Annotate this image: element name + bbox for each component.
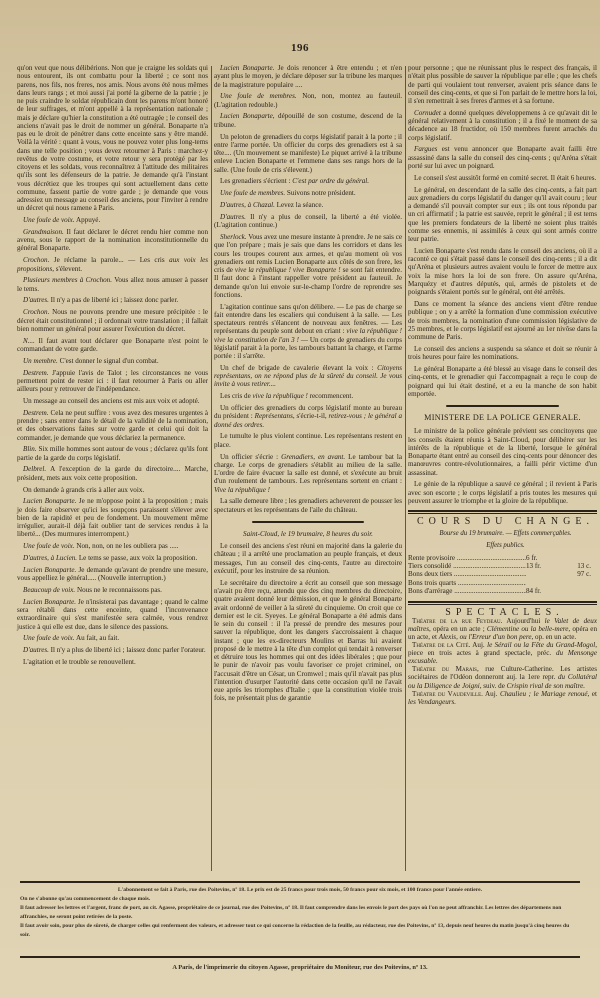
spectacles-title: SPECTACLES.: [408, 609, 597, 617]
paragraph: Beaucoup de voix. Nous ne le reconnaisso…: [17, 586, 208, 594]
speaker: Lucien Bonaparte.: [23, 566, 76, 574]
footer-line: Il faut avoir soin, pour plus de sûreté,…: [20, 922, 580, 940]
paragraph: Les grenadiers s'écrient : C'est par ord…: [214, 177, 402, 185]
paragraph: Plusieurs membres à Crochon. Vous allez …: [17, 276, 208, 293]
speaker: Crochon.: [23, 256, 49, 264]
rate-row: Bons d'arrérage84 fr.: [408, 587, 597, 595]
paragraph: Lucien Bonaparte, dépouillé de son costu…: [214, 112, 402, 129]
column-3: pour personne ; que ne réunissant plus l…: [408, 64, 597, 706]
speaker: Plusieurs membres à Crochon.: [23, 276, 112, 284]
speaker: Un membre.: [23, 357, 58, 365]
theatre-name: Théatre de la rue Feydeau.: [412, 617, 502, 625]
speaker: Lucien Bonaparte.: [220, 64, 274, 72]
section-separator: [446, 405, 559, 407]
paragraph: D'autres. Il n'y a pas de liberté ici ; …: [17, 296, 208, 304]
subscription-notice: L'abonnement se fait à Paris, rue des Po…: [20, 886, 580, 939]
paragraph: Une foule de voix. Appuyé.: [17, 216, 208, 224]
speaker: D'autres.: [220, 213, 246, 221]
speaker: Fargues: [414, 145, 437, 153]
page-number: 196: [0, 42, 600, 54]
speaker: Beaucoup de voix.: [23, 586, 75, 594]
paragraph: Un peloton de grenadiers du corps législ…: [214, 133, 402, 174]
speaker: D'autres.: [23, 296, 49, 304]
column-divider: [405, 66, 406, 871]
footer-rule: [20, 956, 580, 958]
paragraph: Les cris de vive la république ! recomme…: [214, 392, 402, 400]
paragraph: Crochon. Nous ne pouvons prendre une mes…: [17, 308, 208, 333]
speaker: Une foule de voix.: [23, 634, 75, 642]
speaker: Lucien Bonaparte: [220, 112, 273, 120]
speaker: Une foule de membres.: [220, 189, 285, 197]
paragraph: Delbrel. A l'exception de la garde du di…: [17, 465, 208, 482]
rate-row: Rente provisoire6 fr.: [408, 554, 597, 562]
paragraph: Dans ce moment la séance des anciens vie…: [408, 300, 597, 341]
footer-rule: [20, 881, 580, 883]
paragraph: N.... Il faut avant tout déclarer que Bo…: [17, 337, 208, 354]
theatre-listing: Théatre de la Cité. Auj. le Sérail ou la…: [408, 641, 597, 665]
speaker: Une foule de voix.: [23, 542, 75, 550]
exchange-rates-table: Rente provisoire6 fr. Tiers consolidé13 …: [408, 554, 597, 596]
rate-row: Bons deux tiers97 c.: [408, 570, 597, 578]
paragraph: D'autres, à Chazal. Levez la séance.: [214, 201, 402, 209]
paragraph: Un membre. C'est donner le signal d'un c…: [17, 357, 208, 365]
speaker: Une foule de voix.: [23, 216, 75, 224]
speaker: Une foule de membres.: [220, 92, 297, 100]
column-divider: [211, 66, 212, 871]
paragraph: D'autres. Il n'y a plus de liberté ici ;…: [17, 646, 208, 654]
paragraph: Cornudet a donné quelques développemens …: [408, 109, 597, 142]
paragraph: D'autres. Il n'y a plus de conseil, la l…: [214, 213, 402, 230]
paragraph: Destrem. J'appuie l'avis de Talot ; les …: [17, 369, 208, 394]
footer-line: On ne s'abonne qu'au commencement de cha…: [20, 895, 580, 904]
paragraph: Le secrétaire du directoire a écrit au c…: [214, 579, 402, 703]
speaker: Destrem.: [23, 369, 49, 377]
rate-row: Bons trois quarts: [408, 579, 597, 587]
paragraph: Le génie de la république a sauvé ce gén…: [408, 480, 597, 505]
paragraph: Fargues est venu annoncer que Bonaparte …: [408, 145, 597, 170]
speaker: Delbrel.: [23, 465, 46, 473]
theatre-listing: Théatre de la rue Feydeau. Aujourd'hui l…: [408, 617, 597, 641]
speaker: N....: [23, 337, 35, 345]
paragraph: Le conseil s'est aussitôt formé en comit…: [408, 174, 597, 182]
printer-imprint: A Paris, de l'imprimerie du citoyen Agas…: [0, 964, 600, 971]
paragraph: qu'on veut que nous délibérions. Non que…: [17, 64, 208, 213]
paragraph: Un officier des grenadiers du corps légi…: [214, 404, 402, 429]
column-2: Lucien Bonaparte. Je dois renoncer à êtr…: [214, 64, 402, 706]
paragraph: Lucien Bonaparte. Je dois renoncer à êtr…: [214, 64, 402, 89]
exchange-subtitle-2: Effets publics.: [408, 542, 597, 550]
speaker: Destrem.: [23, 409, 49, 417]
speaker: D'autres, à Chazal.: [220, 201, 275, 209]
paragraph: Le conseil des anciens a suspendu sa séa…: [408, 345, 597, 362]
paragraph: Crochon. Je réclame la parole... — Les c…: [17, 256, 208, 273]
theatre-name: Théatre du Marais: [412, 665, 477, 673]
article-columns: qu'on veut que nous délibérions. Non que…: [17, 64, 587, 876]
speaker: D'autres.: [23, 646, 49, 654]
paragraph: Destrem. Cela ne peut suffire : vous ave…: [17, 409, 208, 442]
footer-line: Il faut adresser les lettres et l'argent…: [20, 904, 580, 922]
paragraph: Un officier s'écrie : Grenadiers, en ava…: [214, 453, 402, 494]
speaker: Lucien Bonaparte.: [23, 598, 76, 606]
paragraph: La salle demeure libre ; les grenadiers …: [214, 497, 402, 514]
paragraph: Lucien Bonaparte. Je demande qu'avant de…: [17, 566, 208, 583]
exchange-subtitle: Bourse du 19 brumaire. — Effets commerça…: [408, 530, 597, 538]
paragraph: L'agitation et le trouble se renouvellen…: [17, 658, 208, 666]
theatre-listing: Théatre du Vaudeville. Auj. Chaulieu ; l…: [408, 690, 597, 706]
paragraph: Lucien Bonaparte. Je ne m'oppose point à…: [17, 497, 208, 538]
police-section-title: MINISTERE DE LA POLICE GENERALE.: [408, 414, 597, 422]
speaker: Sherlock.: [220, 233, 247, 241]
theatre-name: Théatre de la Cité.: [412, 641, 470, 649]
paragraph: D'autres, à Lucien. Le tems se passe, au…: [17, 554, 208, 562]
newspaper-page: 196 qu'on veut que nous délibérions. Non…: [0, 0, 600, 998]
paragraph: Le général Bonaparte a été blessé au vis…: [408, 365, 597, 398]
paragraph: Blin. Six mille hommes sont autour de vo…: [17, 445, 208, 462]
paragraph: Un chef de brigade de cavalerie élevant …: [214, 364, 402, 389]
speaker: Lucien Bonaparte.: [23, 497, 76, 505]
footer-line: L'abonnement se fait à Paris, rue des Po…: [20, 886, 580, 895]
speaker: D'autres, à Lucien.: [23, 554, 77, 562]
paragraph: Le tumulte le plus violent continue. Les…: [214, 432, 402, 449]
paragraph: Le général, en descendant de la salle de…: [408, 186, 597, 244]
paragraph: Une foule de membres. Suivons notre prés…: [214, 189, 402, 197]
paragraph: pour personne ; que ne réunissant plus l…: [408, 64, 597, 105]
paragraph: Lucien Bonaparte. Je n'insisterai pas da…: [17, 598, 208, 631]
section-rule: [408, 601, 597, 605]
speaker: Crochon.: [23, 308, 49, 316]
rate-row: Tiers consolidé13 fr.13 c.: [408, 562, 597, 570]
paragraph: L'agitation continue sans qu'on délibere…: [214, 303, 402, 361]
exchange-rates-section: COURS DU CHANGE. Bourse du 19 brumaire. …: [408, 518, 597, 596]
section-rule: [408, 510, 597, 514]
speaker: Grandmaison.: [23, 228, 64, 236]
paragraph: Le ministre de la police générale prévie…: [408, 427, 597, 477]
paragraph: Lucien Bonaparte s'est rendu dans le con…: [408, 247, 597, 297]
paragraph: Sherlock. Vous avez une mesure instante …: [214, 233, 402, 299]
column-1: qu'on veut que nous délibérions. Non que…: [17, 64, 208, 670]
paragraph: Le conseil des anciens s'est réuni en ma…: [214, 542, 402, 575]
paragraph: Une foule de membres. Non, non, montez a…: [214, 92, 402, 109]
speaker: Cornudet: [414, 109, 441, 117]
paragraph: Grandmaison. Il faut déclarer le décret …: [17, 228, 208, 253]
paragraph: Un message au conseil des anciens est mi…: [17, 397, 208, 405]
paragraph: Une foule de voix. Au fait, au fait.: [17, 634, 208, 642]
paragraph: Une foule de voix. Non, non, on ne les o…: [17, 542, 208, 550]
theatre-listing: Théatre du Marais, rue Culture-Catherine…: [408, 665, 597, 689]
section-separator: [252, 521, 365, 523]
theatre-name: Théatre du Vaudeville.: [412, 690, 483, 698]
exchange-title: COURS DU CHANGE.: [408, 518, 597, 526]
speaker: Blin.: [23, 445, 37, 453]
spectacles-section: SPECTACLES. Théatre de la rue Feydeau. A…: [408, 609, 597, 706]
paragraph: On demande à grands cris à aller aux voi…: [17, 486, 208, 494]
dateline: Saint-Cloud, le 19 brumaire, 8 heures du…: [214, 530, 402, 538]
